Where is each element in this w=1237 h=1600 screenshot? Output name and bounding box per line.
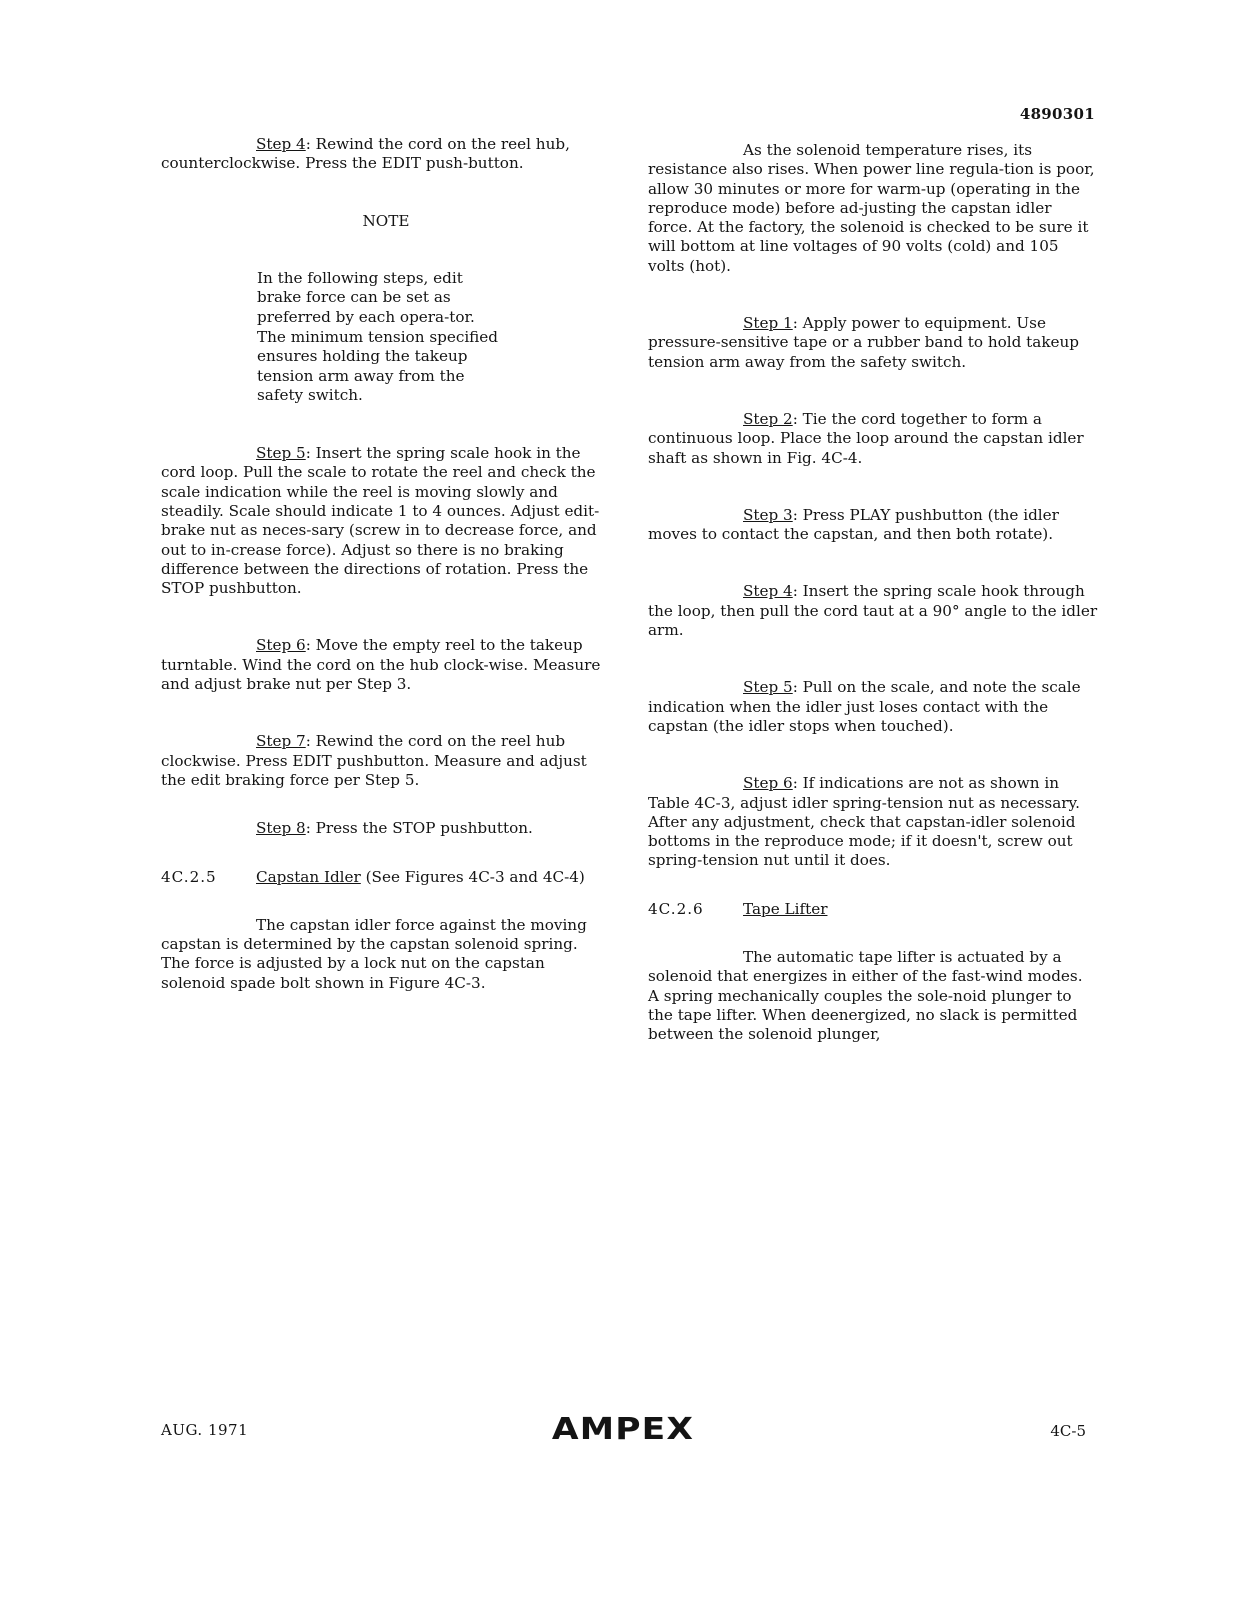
- step-label: Step 6: [256, 636, 306, 654]
- section-number: 4C.2.5: [161, 868, 256, 887]
- step-6-paragraph: Step 6: Move the empty reel to the takeu…: [161, 636, 611, 694]
- left-column: Step 4: Rewind the cord on the reel hub,…: [161, 135, 611, 993]
- right-column: As the solenoid temperature rises, its r…: [648, 141, 1098, 1045]
- step-label: Step 5: [256, 444, 306, 462]
- step-text: : Apply power to equipment. Use pressure…: [648, 314, 1079, 371]
- step-label: Step 4: [256, 135, 306, 153]
- note-body: In the following steps, edit brake force…: [257, 269, 507, 406]
- step-3-paragraph: Step 3: Press PLAY pushbutton (the idler…: [648, 506, 1098, 545]
- manual-page: 4890301 Step 4: Rewind the cord on the r…: [0, 0, 1237, 1600]
- step-text: : Move the empty reel to the takeup turn…: [161, 636, 600, 693]
- step-text: : Insert the spring scale hook through t…: [648, 582, 1097, 639]
- step-6-paragraph: Step 6: If indications are not as shown …: [648, 774, 1098, 870]
- tape-lifter-paragraph: The automatic tape lifter is actuated by…: [648, 948, 1098, 1044]
- step-7-paragraph: Step 7: Rewind the cord on the reel hub …: [161, 732, 611, 790]
- section-title-suffix: (See Figures 4C-3 and 4C-4): [361, 868, 585, 886]
- page-number: 4C-5: [1030, 1422, 1086, 1440]
- section-title: Tape Lifter: [743, 900, 827, 918]
- step-text: : Rewind the cord on the reel hub clockw…: [161, 732, 587, 789]
- step-label: Step 2: [743, 410, 793, 428]
- step-text: : Insert the spring scale hook in the co…: [161, 444, 599, 597]
- capstan-idler-paragraph: The capstan idler force against the movi…: [161, 916, 611, 993]
- document-number: 4890301: [1010, 105, 1095, 123]
- step-label: Step 3: [743, 506, 793, 524]
- footer-date: AUG. 1971: [161, 1421, 248, 1439]
- section-heading-4c-2-5: 4C.2.5 Capstan Idler (See Figures 4C-3 a…: [161, 868, 611, 887]
- step-text: : Press PLAY pushbutton (the idler moves…: [648, 506, 1059, 543]
- step-2-paragraph: Step 2: Tie the cord together to form a …: [648, 410, 1098, 468]
- step-label: Step 4: [743, 582, 793, 600]
- step-text: : If indications are not as shown in Tab…: [648, 774, 1080, 869]
- step-4-paragraph: Step 4: Rewind the cord on the reel hub,…: [161, 135, 611, 174]
- step-5-paragraph: Step 5: Pull on the scale, and note the …: [648, 678, 1098, 736]
- step-8-paragraph: Step 8: Press the STOP pushbutton.: [161, 819, 611, 838]
- step-5-paragraph: Step 5: Insert the spring scale hook in …: [161, 444, 611, 598]
- step-text: : Pull on the scale, and note the scale …: [648, 678, 1081, 735]
- step-text: : Tie the cord together to form a contin…: [648, 410, 1084, 467]
- ampex-logo: AMPEX: [525, 1412, 721, 1447]
- step-label: Step 8: [256, 819, 306, 837]
- solenoid-intro-paragraph: As the solenoid temperature rises, its r…: [648, 141, 1098, 276]
- note-heading: NOTE: [161, 212, 611, 231]
- step-text: : Rewind the cord on the reel hub, count…: [161, 135, 570, 172]
- section-title: Capstan Idler: [256, 868, 361, 886]
- step-label: Step 7: [256, 732, 306, 750]
- step-text: : Press the STOP pushbutton.: [306, 819, 533, 837]
- section-heading-4c-2-6: 4C.2.6 Tape Lifter: [648, 900, 1098, 919]
- section-number: 4C.2.6: [648, 900, 743, 919]
- step-label: Step 6: [743, 774, 793, 792]
- step-label: Step 1: [743, 314, 793, 332]
- step-4-paragraph: Step 4: Insert the spring scale hook thr…: [648, 582, 1098, 640]
- step-1-paragraph: Step 1: Apply power to equipment. Use pr…: [648, 314, 1098, 372]
- step-label: Step 5: [743, 678, 793, 696]
